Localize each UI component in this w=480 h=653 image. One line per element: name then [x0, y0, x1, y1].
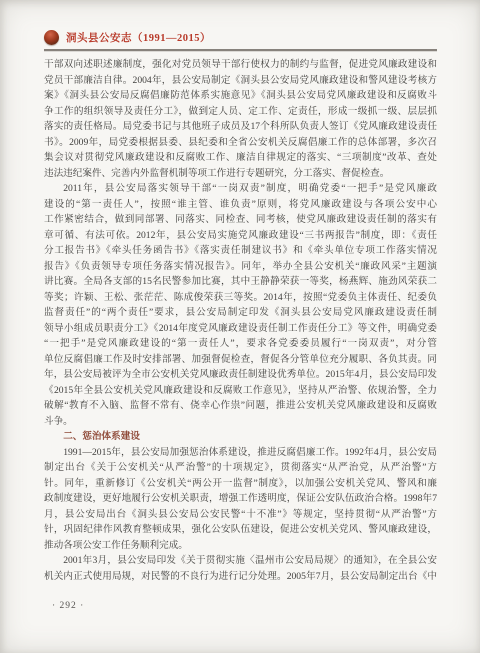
header-divider [44, 49, 437, 51]
page-header: 洞头县公安志（1991—2015） [44, 27, 437, 47]
text-line: “一把手”是党风廉政建设的“第一责任人”，要求各党委委员履行“一岗双责”，对分管 [44, 336, 437, 352]
text-line: 分工报告书》《牵头任务函告书》《落实责任制建议书》和《牵头单位专项工作落实情况 [44, 243, 437, 259]
text-line: 争工作的组织领导及责任分工》，做到定人员、定工作、定责任，形成一级抓一级、层层抓 [44, 104, 437, 120]
text-line: 书》。2009年，局党委根据县委、县纪委和全省公安机关反腐倡廉工作的总体部署，多… [44, 135, 437, 151]
text-line: 讲比赛。全局各支部的15名民警参加比赛，其中王静静荣获一等奖，杨燕辉、施劲风荣获… [44, 274, 437, 290]
text-line: 等奖；许颖、王松、张茫茫、陈成俊荣获三等奖。2014年，按照“党委负主体责任、纪… [44, 290, 437, 306]
scanned-page: 洞头县公安志（1991—2015） 干部双向述职述廉制度，强化对党员领导干部行使… [0, 0, 480, 653]
text-line: 针，巩固纪律作风教育整顿成果，强化公安队伍建设，促进公安机关党风、警风廉政建设， [44, 522, 437, 538]
text-line: 建设的“第一责任人”，按照“谁主管、谁负责”原则，将党风廉政建设与各项公安中心 [44, 197, 437, 213]
page-number: · 292 · [52, 601, 84, 611]
text-line: 落实的责任格局。局党委书记与其他班子成员及17个科所队负责人签订《党风廉政建设责… [44, 119, 437, 135]
text-line: 斗争。 [44, 414, 437, 430]
text-line: 制定出台《关于公安机关“从严治警”的十项规定》，贯彻落实“从严治党，从严治警”方 [44, 460, 437, 476]
police-badge-icon [44, 30, 59, 45]
text-line: 违法违纪案件、完善内外监督机制等项工作进行专题研究，分工落实、督促检查。 [44, 166, 437, 182]
text-line: 2011年，县公安局落实领导干部“一岗双责”制度，明确党委“一把手”是党风廉政 [44, 181, 437, 197]
text-line: 推动各项公安工作任务顺利完成。 [44, 538, 437, 554]
text-line: 破解“教育不入脑、监督不常有、侥幸心作祟”问题，推进公安机关党风廉政建设和反腐败 [44, 398, 437, 414]
text-line: 政制度建设，更好地履行公安机关职责，增强工作透明度，保证公安队伍政治合格。199… [44, 491, 437, 507]
text-line: 党员干部廉洁自律。2004年，县公安局制定《洞头县公安局党风廉政建设和警风建设考… [44, 73, 437, 89]
text-line: 监督责任”的“两个责任”要求，县公安局制定印发《洞头县公安局党风廉政建设责任制 [44, 305, 437, 321]
text-line: 案》《洞头县公安局反腐倡廉防范体系实施意见》《洞头县公安局党风廉政建设和反腐败斗 [44, 88, 437, 104]
text-line: 章可循、有法可依。2012年，县公安局实施党风廉政建设“三书两报告”制度，即：《… [44, 228, 437, 244]
text-line: 集会议对贯彻党风廉政建设和反腐败工作、廉洁自律规定的落实、“三项制度”改革、查处 [44, 150, 437, 166]
text-line: 领导小组成员职责分工》《2014年度党风廉政建设责任制工作责任分工》等文件，明确… [44, 321, 437, 337]
body-text: 干部双向述职述廉制度，强化对党员领导干部行使权力的制约与监督，促进党风廉政建设和… [44, 57, 437, 584]
text-line: 单位反腐倡廉工作及时安排部署、加强督促检查，督促各分管单位充分履职、各负其责。同 [44, 352, 437, 368]
text-line: 机关内正式使用局规，对民警的不良行为进行记分处理。2005年7月，县公安局制定出… [44, 569, 437, 585]
text-line: 年，县公安局被评为全市公安机关党风廉政责任制建设优秀单位。2015年4月，县公安… [44, 367, 437, 383]
text-line: 月，县公安局出台《洞头县公安局公安民警“十不准”》等规定，坚持贯彻“从严治警”方 [44, 507, 437, 523]
text-line: 工作紧密结合，做到同部署、同落实、同检查、同考核，使党风廉政建设责任制的落实有 [44, 212, 437, 228]
text-line: 报告》《负责领导专项任务落实情况报告》。同年，举办全县公安机关“廉政风采”主题演 [44, 259, 437, 275]
text-line: 1991—2015年，县公安局加强惩治体系建设，推进反腐倡廉工作。1992年4月… [44, 445, 437, 461]
text-line: 2001年3月，县公安局印发《关于贯彻实施〈温州市公安局局规〉的通知》，在全县公… [44, 553, 437, 569]
text-line: 针。同年，重新修订《公安机关“两公开一监督”制度》，以加强公安机关党风、警风和廉 [44, 476, 437, 492]
section-heading: 二、惩治体系建设 [44, 429, 437, 445]
text-line: 干部双向述职述廉制度，强化对党员领导干部行使权力的制约与监督，促进党风廉政建设和 [44, 57, 437, 73]
text-line: 《2015年全县公安机关党风廉政建设和反腐败工作意见》，坚持从严治警、依规治警，… [44, 383, 437, 399]
book-title: 洞头县公安志（1991—2015） [66, 30, 211, 45]
